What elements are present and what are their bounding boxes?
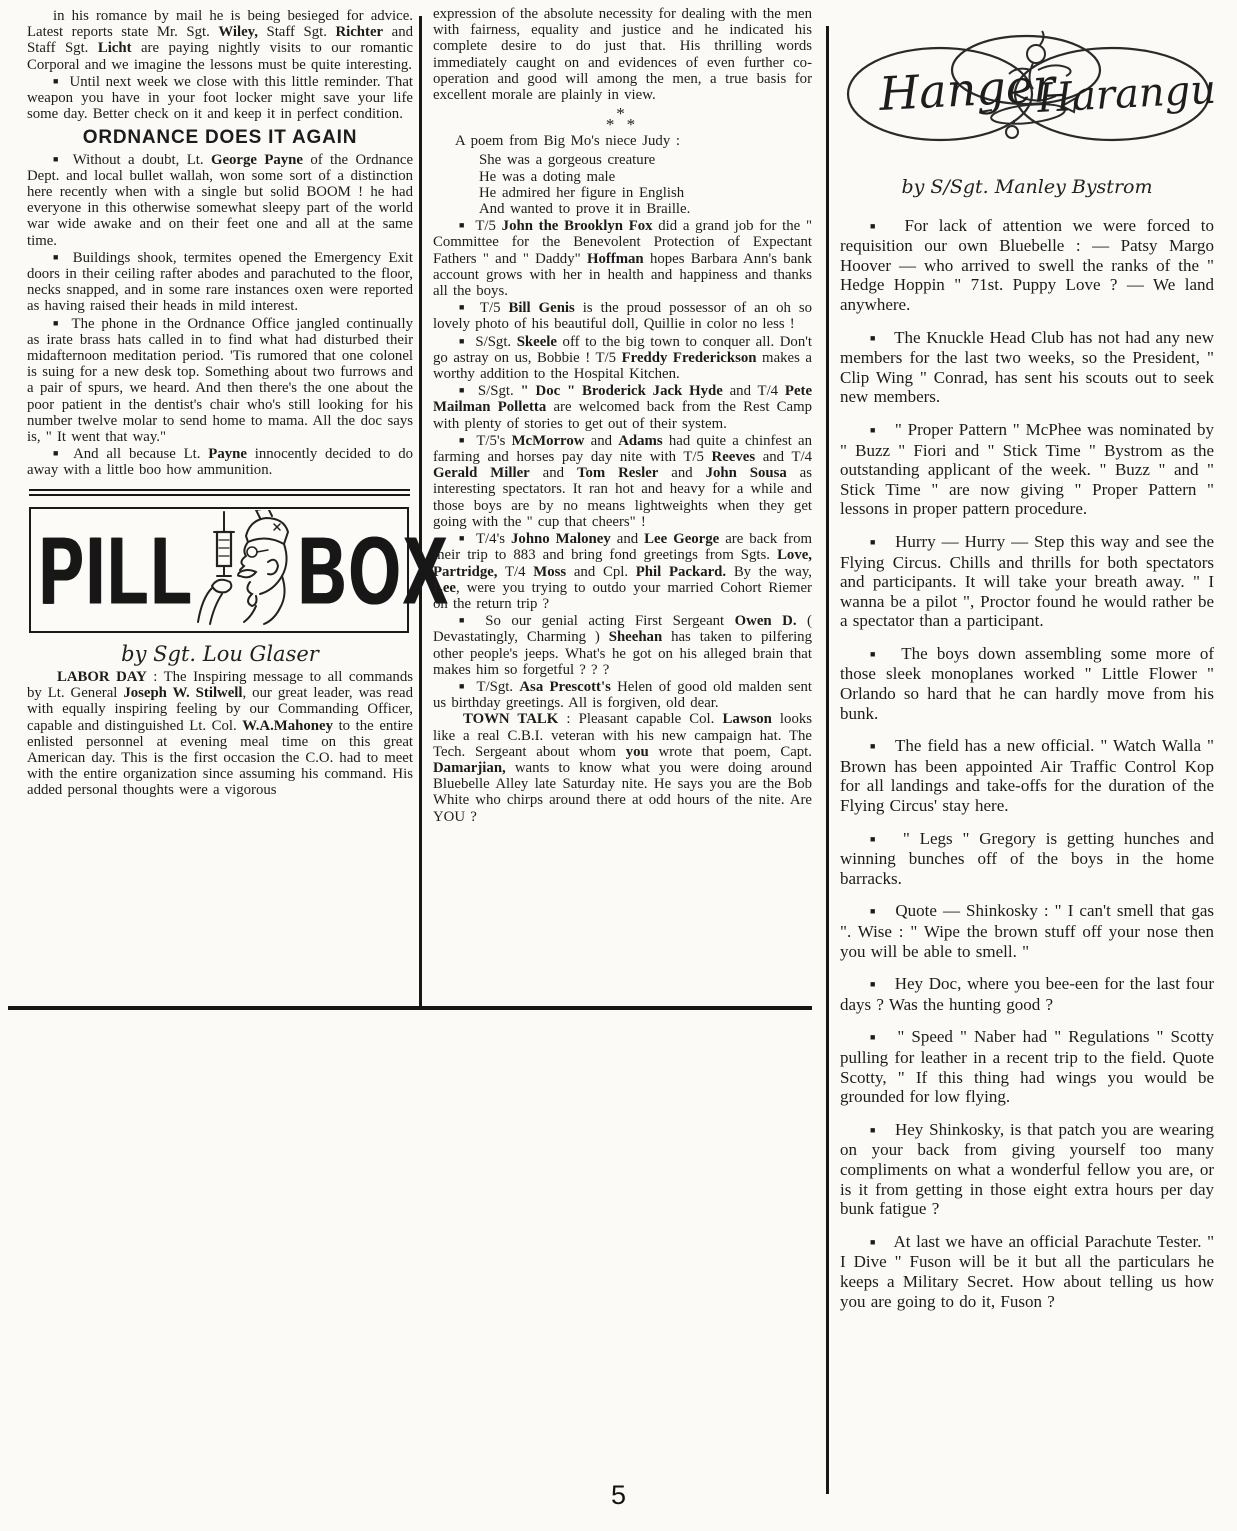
paragraph: expression of the absolute necessity for… xyxy=(433,6,812,103)
middle-column: expression of the absolute necessity for… xyxy=(433,6,812,825)
paragraph: ■ S/Sgt. Skeele off to the big town to c… xyxy=(433,333,812,383)
paragraph: ■ Hey Shinkosky, is that patch you are w… xyxy=(840,1120,1214,1219)
poem-line: He admired her figure in English xyxy=(479,185,812,201)
hanger-harangue-masthead: Hanger Harangue xyxy=(840,12,1214,162)
paragraph: ■ Buildings shook, termites opened the E… xyxy=(27,249,413,315)
paragraph: ■ The boys down assembling some more of … xyxy=(840,644,1214,723)
poem-intro: A poem from Big Mo's niece Judy : xyxy=(433,133,812,149)
paragraph: ■ At last we have an official Parachute … xyxy=(840,1232,1214,1311)
column-divider-rule-right xyxy=(826,26,829,1494)
asterisk-row: * * xyxy=(433,119,812,130)
pillbox-byline: by Sgt. Lou Glaser xyxy=(27,646,413,662)
poem-line: He was a doting male xyxy=(479,169,812,185)
poem-line: She was a gorgeous creature xyxy=(479,152,812,168)
asterisk-divider: * * * xyxy=(433,108,812,130)
paragraph: ■ T/4's Johno Maloney and Lee George are… xyxy=(433,530,812,612)
paragraph: ■ The phone in the Ordnance Office jangl… xyxy=(27,315,413,446)
paragraph: ■ Hey Doc, where you bee-een for the las… xyxy=(840,974,1214,1014)
paragraph: ■ And all because Lt. Payne innocently d… xyxy=(27,445,413,478)
right-column: Hanger Harangue by S/Sgt. Manley Bystrom… xyxy=(840,12,1214,1324)
paragraph: ■ " Legs " Gregory is getting hunches an… xyxy=(840,829,1214,889)
paragraph: ■ The Knuckle Head Club has not had any … xyxy=(840,328,1214,407)
paragraph: ■ Quote — Shinkosky : " I can't smell th… xyxy=(840,901,1214,961)
double-rule xyxy=(29,489,410,496)
column-divider-rule-left xyxy=(419,16,422,1007)
left-column: in his romance by mail he is being besie… xyxy=(27,8,413,799)
masthead-word-harangue: Harangue xyxy=(1035,65,1214,122)
paragraph: ■ So our genial acting First Sergeant Ow… xyxy=(433,612,812,678)
paragraph-town-talk: TOWN TALK : Pleasant capable Col. Lawson… xyxy=(433,711,812,824)
paragraph: ■ Without a doubt, Lt. George Payne of t… xyxy=(27,151,413,249)
poem-line: And wanted to prove it in Braille. xyxy=(479,201,812,217)
paragraph: ■ For lack of attention we were forced t… xyxy=(840,216,1214,315)
section-heading-ordnance: ORDNANCE DOES IT AGAIN xyxy=(27,130,413,146)
bottom-section-rule xyxy=(8,1006,812,1010)
paragraph: ■ T/5 John the Brooklyn Fox did a grand … xyxy=(433,217,812,299)
paragraph: ■ S/Sgt. " Doc " Broderick Jack Hyde and… xyxy=(433,382,812,432)
paragraph: LABOR DAY : The Inspiring message to all… xyxy=(27,669,413,799)
pillbox-masthead: PILL xyxy=(29,507,409,633)
paragraph: ■ T/5 Bill Genis is the proud possessor … xyxy=(433,299,812,332)
pillbox-title-left: PILL xyxy=(39,522,194,618)
paragraph: ■ " Speed " Naber had " Regulations " Sc… xyxy=(840,1027,1214,1106)
pillbox-doctor-illustration xyxy=(194,510,298,630)
paragraph: ■ T/5's McMorrow and Adams had quite a c… xyxy=(433,432,812,530)
masthead-word-hanger: Hanger xyxy=(877,58,1059,121)
paragraph: in his romance by mail he is being besie… xyxy=(27,8,413,73)
paragraph: ■ Until next week we close with this lit… xyxy=(27,73,413,123)
paragraph: ■ Hurry — Hurry — Step this way and see … xyxy=(840,532,1214,631)
hanger-byline: by S/Sgt. Manley Bystrom xyxy=(840,178,1214,198)
paragraph: ■ The field has a new official. " Watch … xyxy=(840,736,1214,815)
paragraph: ■ " Proper Pattern " McPhee was nominate… xyxy=(840,420,1214,519)
page-number: 5 xyxy=(0,1480,1237,1511)
paragraph: ■ T/Sgt. Asa Prescott's Helen of good ol… xyxy=(433,678,812,711)
pillbox-title-right: BOX xyxy=(298,522,450,618)
